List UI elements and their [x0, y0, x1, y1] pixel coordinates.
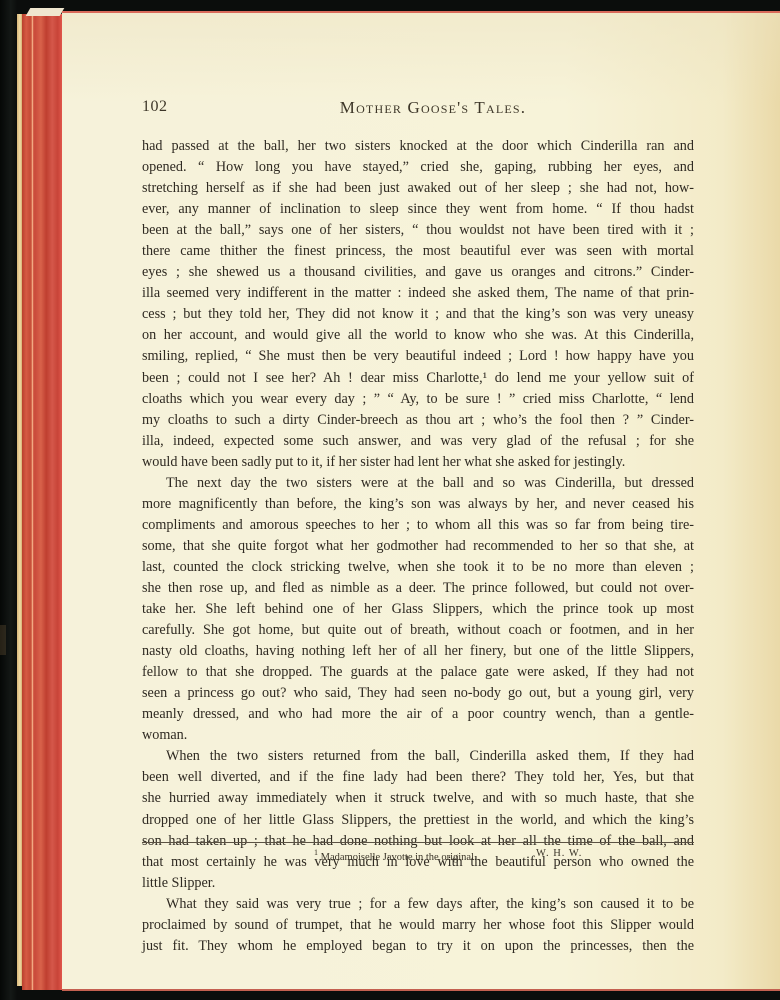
text-line: seen a princess go out? who said, They h… — [142, 683, 694, 704]
running-head: 102 Mother Goose's Tales. — [142, 98, 694, 118]
text-line: more magnificently than before, the king… — [142, 494, 694, 515]
text-line: on her account, and would give all the w… — [142, 325, 694, 346]
paragraph: The next day the two sisters were at the… — [142, 473, 694, 747]
text-line: some, that she quite forgot what her god… — [142, 536, 694, 557]
text-line: take her. She left behind one of her Gla… — [142, 599, 694, 620]
footnote-signature: W. H. W. — [536, 848, 582, 859]
text-line: opened. “ How long you have stayed,” cri… — [142, 157, 694, 178]
paragraph: When the two sisters returned from the b… — [142, 746, 694, 893]
paragraph: had passed at the ball, her two sisters … — [142, 136, 694, 473]
text-line: cloaths which you wear every day ; ” “ A… — [142, 389, 694, 410]
text-line: last, counted the clock stricking twelve… — [142, 557, 694, 578]
body-text: had passed at the ball, her two sisters … — [142, 136, 694, 957]
running-title: Mother Goose's Tales. — [142, 98, 694, 118]
text-line: meanly dressed, and who had more the air… — [142, 704, 694, 725]
text-line: been well diverted, and if the fine lady… — [142, 767, 694, 788]
text-line: had passed at the ball, her two sisters … — [142, 136, 694, 157]
text-line: proclaimed by sound of trumpet, that he … — [142, 915, 694, 936]
text-line: eyes ; she shewed us a thousand civiliti… — [142, 262, 694, 283]
text-line: smiling, replied, “ She must then be ver… — [142, 346, 694, 367]
text-line: When the two sisters returned from the b… — [142, 746, 694, 767]
text-line: been at the ball,” says one of her siste… — [142, 220, 694, 241]
text-line: nasty old cloaths, having nothing left h… — [142, 641, 694, 662]
text-line: my cloaths to such a dirty Cinder-breech… — [142, 410, 694, 431]
footnote-marker: 1 — [314, 848, 318, 857]
text-line: illa seemed very indifferent in the matt… — [142, 283, 694, 304]
text-line: compliments and amorous speeches to her … — [142, 515, 694, 536]
paragraph: What they said was very true ; for a few… — [142, 894, 694, 957]
text-line: been ; could not I see her? Ah ! dear mi… — [142, 368, 694, 389]
text-line: dropped one of her little Glass Slippers… — [142, 810, 694, 831]
text-line: she hurried away immediately when it str… — [142, 788, 694, 809]
text-line: cess ; but they told her, They did not k… — [142, 304, 694, 325]
book-scan: 102 Mother Goose's Tales. had passed at … — [0, 0, 780, 1000]
book-binding — [0, 0, 18, 1000]
text-line: carefully. She got home, but quite out o… — [142, 620, 694, 641]
text-line: woman. — [142, 725, 694, 746]
text-line: little Slipper. — [142, 873, 694, 894]
binding-mark — [0, 625, 6, 655]
text-line: she then rose up, and fled as nimble as … — [142, 578, 694, 599]
text-line: illa, indeed, expected some such answer,… — [142, 431, 694, 452]
text-line: What they said was very true ; for a few… — [142, 894, 694, 915]
page-corner-sliver — [26, 8, 65, 16]
footnote-rule — [142, 842, 694, 843]
text-line: The next day the two sisters were at the… — [142, 473, 694, 494]
red-page-edges — [22, 14, 64, 990]
text-line: would have been sadly put to it, if her … — [142, 452, 694, 473]
footnote-text: 1 Madamoiselle Javotte in the original. — [314, 848, 477, 863]
text-line: just fit. They whom he employed began to… — [142, 936, 694, 957]
text-line: there came thither the finest princess, … — [142, 241, 694, 262]
text-line: stretching herself as if she had been ju… — [142, 178, 694, 199]
footnote-content: Madamoiselle Javotte in the original. — [321, 852, 477, 863]
text-line: fellow to that she dropped. The guards a… — [142, 662, 694, 683]
text-line: ever, any manner of inclination to sleep… — [142, 199, 694, 220]
